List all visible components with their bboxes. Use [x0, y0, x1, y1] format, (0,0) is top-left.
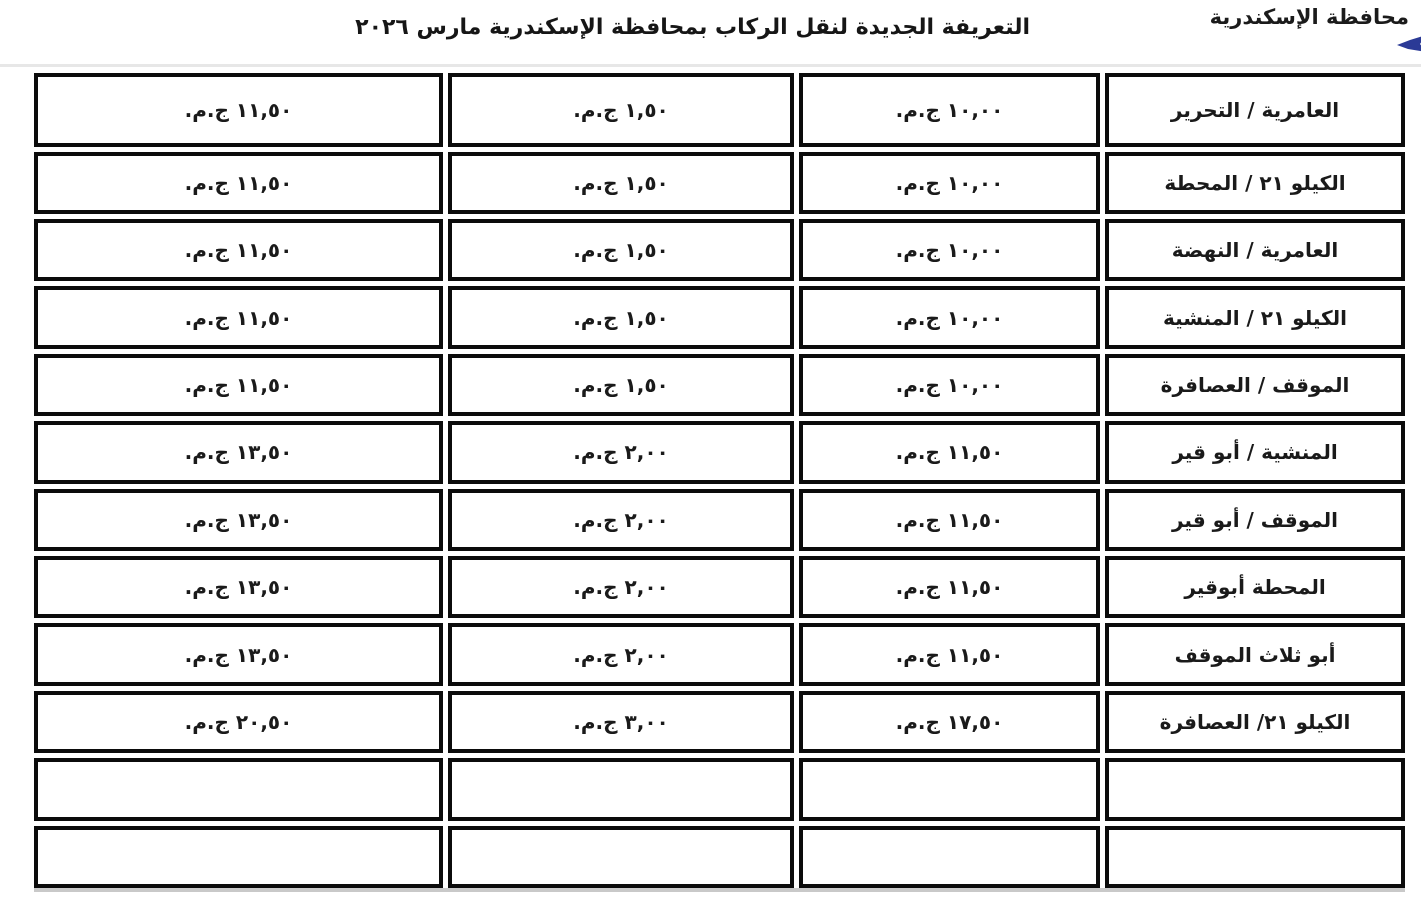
fare-cell	[34, 826, 443, 888]
route-cell	[1105, 758, 1405, 820]
route-cell: الموقف / أبو قير	[1105, 489, 1405, 551]
fare-cell: ١١,٥٠ ج.م.	[799, 489, 1100, 551]
fare-cell: ١,٥٠ ج.م.	[448, 152, 794, 214]
fare-cell: ١١,٥٠ ج.م.	[799, 623, 1100, 685]
fare-cell: ١١,٥٠ ج.م.	[34, 354, 443, 416]
fare-cell: ١١,٥٠ ج.م.	[34, 219, 443, 281]
route-cell: الكيلو ٢١ / المحطة	[1105, 152, 1405, 214]
fare-cell	[448, 758, 794, 820]
route-cell: العامرية / التحرير	[1105, 73, 1405, 147]
route-cell: الكيلو ٢١/ العصافرة	[1105, 691, 1405, 753]
fare-cell: ١١,٥٠ ج.م.	[34, 286, 443, 348]
route-cell: الكيلو ٢١ / المنشية	[1105, 286, 1405, 348]
fare-cell: ١,٥٠ ج.م.	[448, 73, 794, 147]
fare-cell: ١٣,٥٠ ج.م.	[34, 623, 443, 685]
route-cell: المنشية / أبو قير	[1105, 421, 1405, 483]
fare-table: العامرية / التحرير١٠,٠٠ ج.م.١,٥٠ ج.م.١١,…	[34, 73, 1405, 888]
table-row	[34, 826, 1405, 888]
fare-cell: ٢٠,٥٠ ج.م.	[34, 691, 443, 753]
fare-cell: ٢,٠٠ ج.م.	[448, 556, 794, 618]
table-row: الكيلو ٢١/ العصافرة١٧,٥٠ ج.م.٣,٠٠ ج.م.٢٠…	[34, 691, 1405, 753]
fare-cell	[34, 758, 443, 820]
table-row: أبو ثلاث الموقف١١,٥٠ ج.م.٢,٠٠ ج.م.١٣,٥٠ …	[34, 623, 1405, 685]
document-title: التعريفة الجديدة لنقل الركاب بمحافظة الإ…	[400, 15, 1030, 40]
fare-cell: ١١,٥٠ ج.م.	[799, 556, 1100, 618]
fare-cell	[799, 826, 1100, 888]
route-cell: أبو ثلاث الموقف	[1105, 623, 1405, 685]
governorate-name: محافظة الإسكندرية	[1210, 5, 1409, 29]
fare-cell: ٢,٠٠ ج.م.	[448, 421, 794, 483]
route-cell	[1105, 826, 1405, 888]
table-row: المنشية / أبو قير١١,٥٠ ج.م.٢,٠٠ ج.م.١٣,٥…	[34, 421, 1405, 483]
table-row: المحطة أبوقير١١,٥٠ ج.م.٢,٠٠ ج.م.١٣,٥٠ ج.…	[34, 556, 1405, 618]
fare-cell: ١٣,٥٠ ج.م.	[34, 489, 443, 551]
fare-cell	[448, 826, 794, 888]
fare-cell: ٣,٠٠ ج.م.	[448, 691, 794, 753]
fare-cell: ١١,٥٠ ج.م.	[799, 421, 1100, 483]
table-row: الكيلو ٢١ / المحطة١٠,٠٠ ج.م.١,٥٠ ج.م.١١,…	[34, 152, 1405, 214]
fare-cell: ١٠,٠٠ ج.م.	[799, 219, 1100, 281]
governorate-emblem-icon	[1396, 32, 1421, 56]
fare-cell: ١,٥٠ ج.م.	[448, 354, 794, 416]
route-cell: المحطة أبوقير	[1105, 556, 1405, 618]
fare-cell: ١,٥٠ ج.م.	[448, 219, 794, 281]
fare-cell: ٢,٠٠ ج.م.	[448, 489, 794, 551]
table-row: العامرية / النهضة١٠,٠٠ ج.م.١,٥٠ ج.م.١١,٥…	[34, 219, 1405, 281]
table-row: الموقف / أبو قير١١,٥٠ ج.م.٢,٠٠ ج.م.١٣,٥٠…	[34, 489, 1405, 551]
fare-cell: ١٠,٠٠ ج.م.	[799, 286, 1100, 348]
fare-cell: ١٠,٠٠ ج.م.	[799, 354, 1100, 416]
fare-cell	[799, 758, 1100, 820]
fare-cell: ١٣,٥٠ ج.م.	[34, 421, 443, 483]
fare-cell: ١٧,٥٠ ج.م.	[799, 691, 1100, 753]
fare-cell: ١,٥٠ ج.م.	[448, 286, 794, 348]
table-row: الكيلو ٢١ / المنشية١٠,٠٠ ج.م.١,٥٠ ج.م.١١…	[34, 286, 1405, 348]
fare-cell: ١٠,٠٠ ج.م.	[799, 73, 1100, 147]
route-cell: الموقف / العصافرة	[1105, 354, 1405, 416]
table-row: العامرية / التحرير١٠,٠٠ ج.م.١,٥٠ ج.م.١١,…	[34, 73, 1405, 147]
emblem-shape	[1397, 35, 1421, 52]
scan-artifact-line	[0, 64, 1421, 67]
scanned-tariff-document: محافظة الإسكندرية التعريفة الجديدة لنقل …	[0, 0, 1421, 911]
fare-cell: ١١,٥٠ ج.م.	[34, 152, 443, 214]
table-row	[34, 758, 1405, 820]
scan-shadow	[34, 888, 1405, 892]
fare-cell: ١٠,٠٠ ج.م.	[799, 152, 1100, 214]
table-row: الموقف / العصافرة١٠,٠٠ ج.م.١,٥٠ ج.م.١١,٥…	[34, 354, 1405, 416]
route-cell: العامرية / النهضة	[1105, 219, 1405, 281]
fare-cell: ١٣,٥٠ ج.م.	[34, 556, 443, 618]
fare-cell: ١١,٥٠ ج.م.	[34, 73, 443, 147]
fare-cell: ٢,٠٠ ج.م.	[448, 623, 794, 685]
